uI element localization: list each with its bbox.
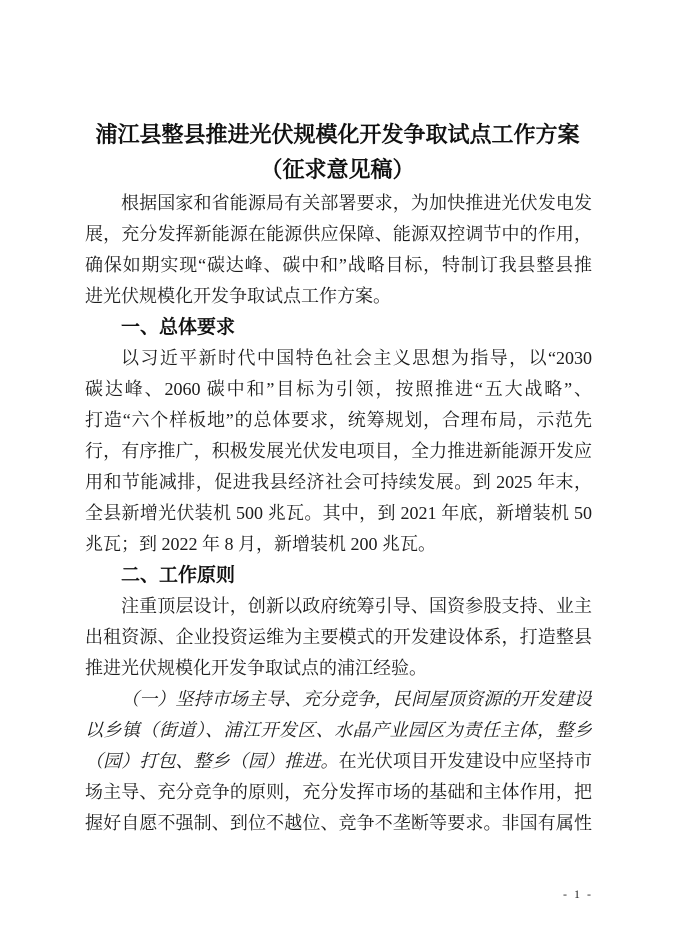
text-segment: 根据国家和省能源局有关部署要求，为加快推进光伏发电发 (121, 193, 592, 213)
text-line: 根据国家和省能源局有关部署要求，为加快推进光伏发电发 (85, 188, 592, 219)
text-line: 以乡镇（街道）、浦江开发区、水晶产业园区为责任主体，整乡 (85, 715, 592, 746)
text-line: 确保如期实现“碳达峰、碳中和”战略目标，特制订我县整县推 (85, 250, 592, 281)
text-line: 用和节能减排，促进我县经济社会可持续发展。到 2025 年末， (85, 467, 592, 498)
text-segment: （一）坚持市场主导、充分竞争，民间屋顶资源的开发建设 (121, 689, 592, 709)
text-line: 进光伏规模化开发争取试点工作方案。 (85, 281, 592, 312)
text-line: 展，充分发挥新能源在能源供应保障、能源双控调节中的作用， (85, 219, 592, 250)
text-line: 以习近平新时代中国特色社会主义思想为指导，以“2030 (85, 343, 592, 374)
text-segment: 在光伏项目开发建设中应坚持市 (339, 751, 592, 771)
text-line: 打造“六个样板地”的总体要求，统筹规划，合理布局，示范先 (85, 405, 592, 436)
section-heading-line: 一、总体要求 (85, 312, 592, 343)
text-segment: 握好自愿不强制、到位不越位、竞争不垄断等要求。非国有属性 (85, 813, 592, 833)
text-segment: 以乡镇（街道）、浦江开发区、水晶产业园区为责任主体，整乡 (85, 720, 592, 740)
section-heading: 一、总体要求 (121, 317, 235, 338)
text-segment: 全县新增光伏装机 500 兆瓦。其中，到 2021 年底，新增装机 50 (85, 503, 592, 523)
page-number: - 1 - (563, 887, 593, 902)
text-segment: 进光伏规模化开发争取试点工作方案。 (85, 286, 391, 306)
text-line: 出租资源、企业投资运维为主要模式的开发建设体系，打造整县 (85, 622, 592, 653)
text-line: 全县新增光伏装机 500 兆瓦。其中，到 2021 年底，新增装机 50 (85, 498, 592, 529)
text-line: （一）坚持市场主导、充分竞争，民间屋顶资源的开发建设 (85, 684, 592, 715)
text-segment: 碳达峰、2060 碳中和”目标为引领，按照推进“五大战略”、 (85, 379, 592, 399)
text-line: 注重顶层设计，创新以政府统筹引导、国资参股支持、业主 (85, 591, 592, 622)
document-title-line2: （征求意见稿） (0, 152, 675, 187)
text-segment: 展，充分发挥新能源在能源供应保障、能源双控调节中的作用， (85, 224, 592, 244)
text-segment: 场主导、充分竞争的原则，充分发挥市场的基础和主体作用，把 (85, 782, 592, 802)
text-line: 场主导、充分竞争的原则，充分发挥市场的基础和主体作用，把 (85, 777, 592, 808)
text-segment: 推进光伏规模化开发争取试点的浦江经验。 (85, 658, 427, 678)
text-line: 行，有序推广，积极发展光伏发电项目，全力推进新能源开发应 (85, 436, 592, 467)
text-line: 碳达峰、2060 碳中和”目标为引领，按照推进“五大战略”、 (85, 374, 592, 405)
text-line: 兆瓦；到 2022 年 8 月，新增装机 200 兆瓦。 (85, 529, 592, 560)
text-segment: 用和节能减排，促进我县经济社会可持续发展。到 2025 年末， (85, 472, 592, 492)
text-segment: 兆瓦；到 2022 年 8 月，新增装机 200 兆瓦。 (85, 534, 436, 554)
text-segment: 行，有序推广，积极发展光伏发电项目，全力推进新能源开发应 (85, 441, 592, 461)
text-segment: 以习近平新时代中国特色社会主义思想为指导，以“2030 (121, 348, 592, 368)
text-line: （园）打包、整乡（园）推进。在光伏项目开发建设中应坚持市 (85, 746, 592, 777)
text-segment: 出租资源、企业投资运维为主要模式的开发建设体系，打造整县 (85, 627, 592, 647)
text-segment: 打造“六个样板地”的总体要求，统筹规划，合理布局，示范先 (85, 410, 592, 430)
text-segment: 确保如期实现“碳达峰、碳中和”战略目标，特制订我县整县推 (85, 255, 592, 275)
text-line: 推进光伏规模化开发争取试点的浦江经验。 (85, 653, 592, 684)
document-page: 浦江县整县推进光伏规模化开发争取试点工作方案 （征求意见稿） 根据国家和省能源局… (0, 0, 675, 951)
text-segment: 注重顶层设计，创新以政府统筹引导、国资参股支持、业主 (121, 596, 592, 616)
text-line: 握好自愿不强制、到位不越位、竞争不垄断等要求。非国有属性 (85, 808, 592, 839)
section-heading: 二、工作原则 (121, 565, 235, 586)
document-title: 浦江县整县推进光伏规模化开发争取试点工作方案 （征求意见稿） (0, 117, 675, 187)
document-body: 根据国家和省能源局有关部署要求，为加快推进光伏发电发展，充分发挥新能源在能源供应… (85, 188, 592, 839)
document-title-line1: 浦江县整县推进光伏规模化开发争取试点工作方案 (0, 117, 675, 152)
section-heading-line: 二、工作原则 (85, 560, 592, 591)
text-segment: （园）打包、整乡（园）推进。 (85, 751, 339, 771)
